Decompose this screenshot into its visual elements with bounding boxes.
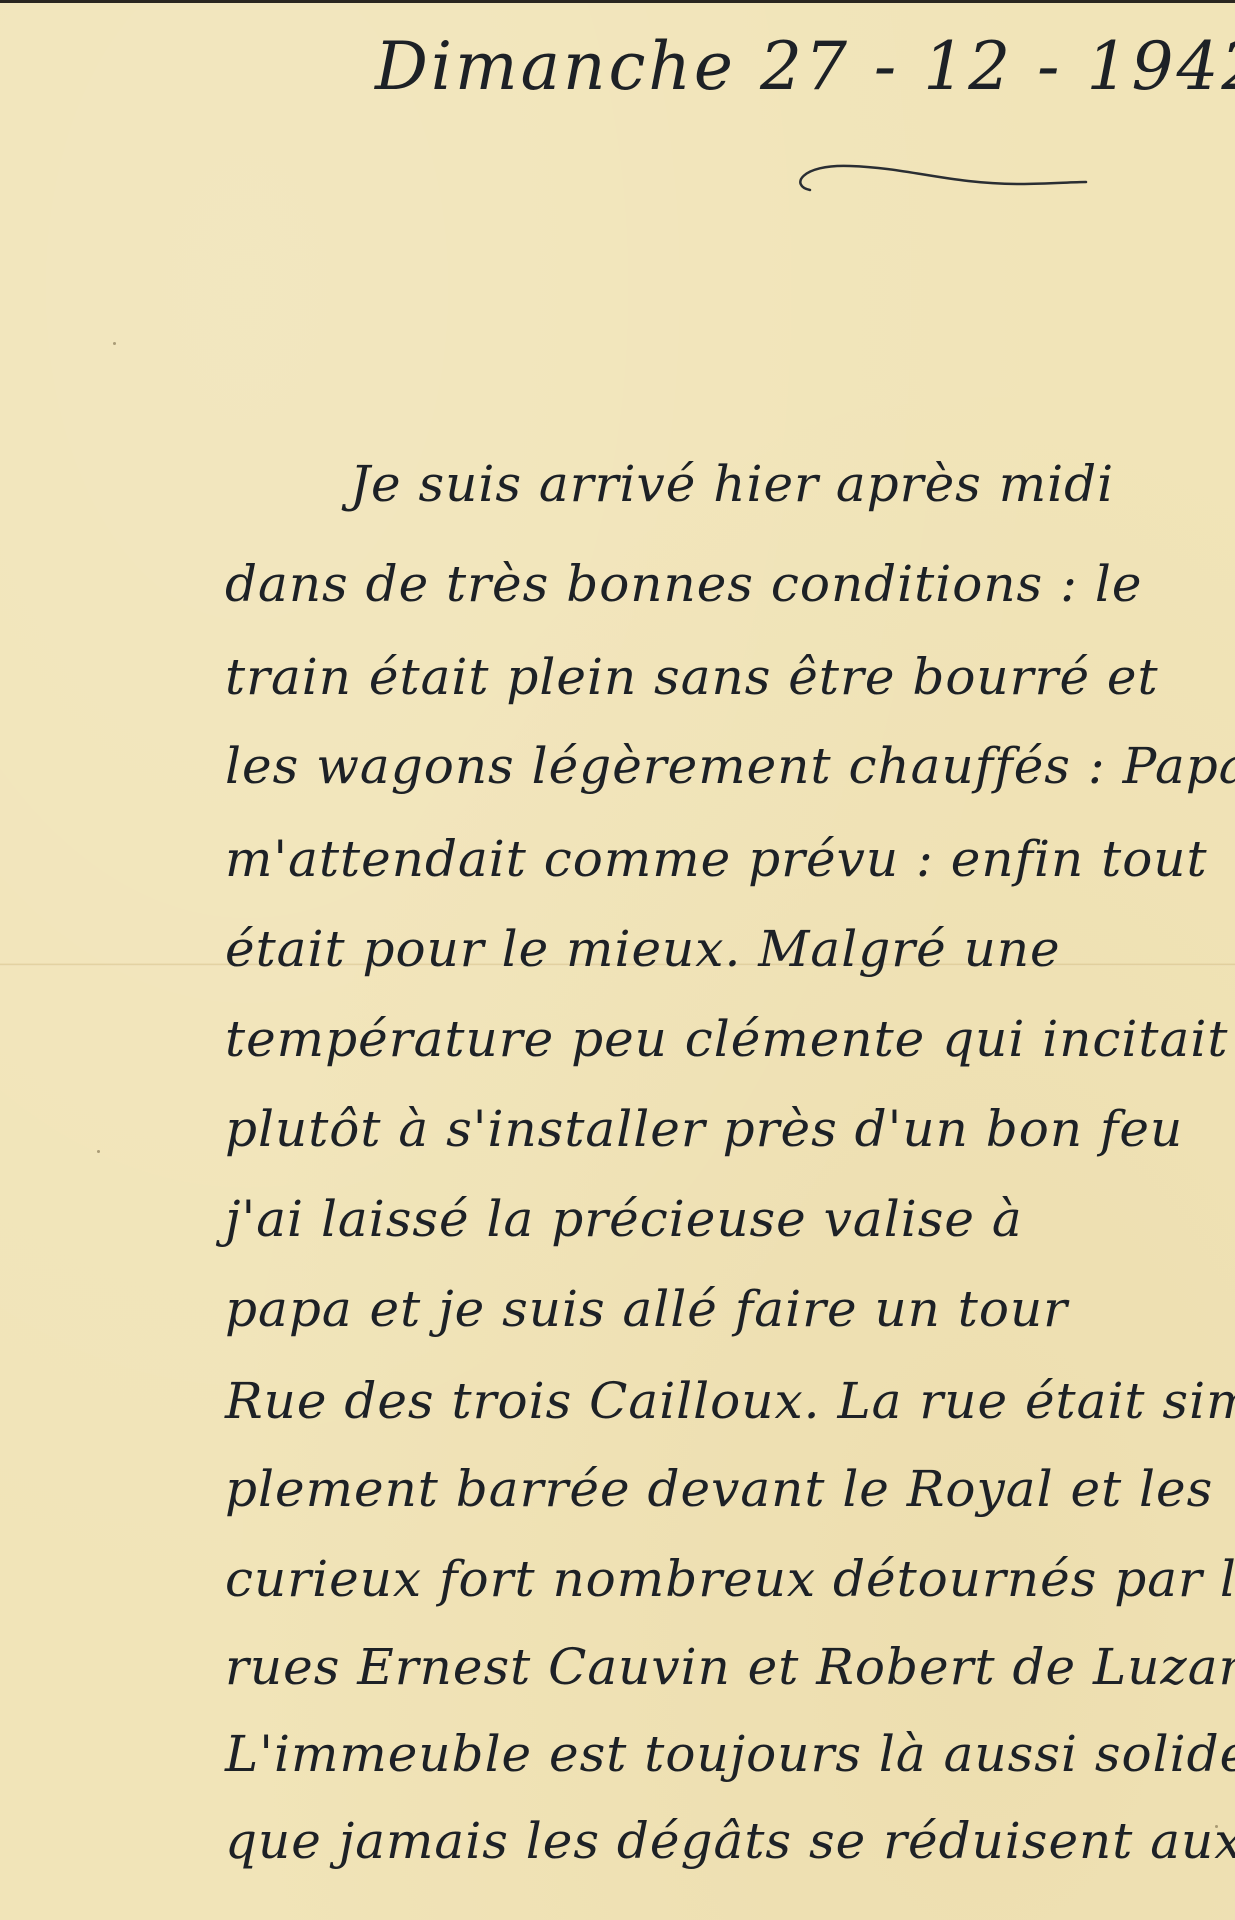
date-underline-flourish	[790, 158, 1090, 198]
letter-line-10: papa et je suis allé faire un tour	[225, 1280, 1068, 1338]
letter-line-9: j'ai laissé la précieuse valise à	[225, 1190, 1023, 1248]
letter-line-5: m'attendait comme prévu : enfin tout	[225, 830, 1208, 888]
letter-line-6: était pour le mieux. Malgré une	[225, 920, 1061, 978]
letter-line-2: dans de très bonnes conditions : le	[225, 555, 1142, 613]
letter-line-8: plutôt à s'installer près d'un bon feu	[225, 1100, 1183, 1158]
letter-page: Dimanche 27 - 12 - 1942 - Je suis arrivé…	[0, 0, 1235, 1920]
scan-top-edge	[0, 0, 1235, 3]
paper-speck	[113, 342, 116, 345]
paper-speck	[97, 1150, 100, 1153]
letter-line-14: rues Ernest Cauvin et Robert de Luzarche…	[225, 1638, 1235, 1696]
letter-line-15: L'immeuble est toujours là aussi solide	[225, 1725, 1235, 1783]
letter-line-4: les wagons légèrement chauffés : Papa	[225, 737, 1235, 795]
letter-line-16: que jamais les dégâts se réduisent aux	[225, 1812, 1235, 1870]
letter-line-12: plement barrée devant le Royal et les	[225, 1460, 1213, 1518]
letter-line-11: Rue des trois Cailloux. La rue était sim…	[225, 1372, 1235, 1430]
letter-line-7: température peu clémente qui incitait	[225, 1010, 1228, 1068]
letter-line-13: curieux fort nombreux détournés par les	[225, 1550, 1235, 1608]
letter-line-1: Je suis arrivé hier après midi	[350, 455, 1114, 513]
letter-date: Dimanche 27 - 12 - 1942 -	[375, 28, 1235, 105]
letter-line-3: train était plein sans être bourré et	[225, 648, 1159, 706]
